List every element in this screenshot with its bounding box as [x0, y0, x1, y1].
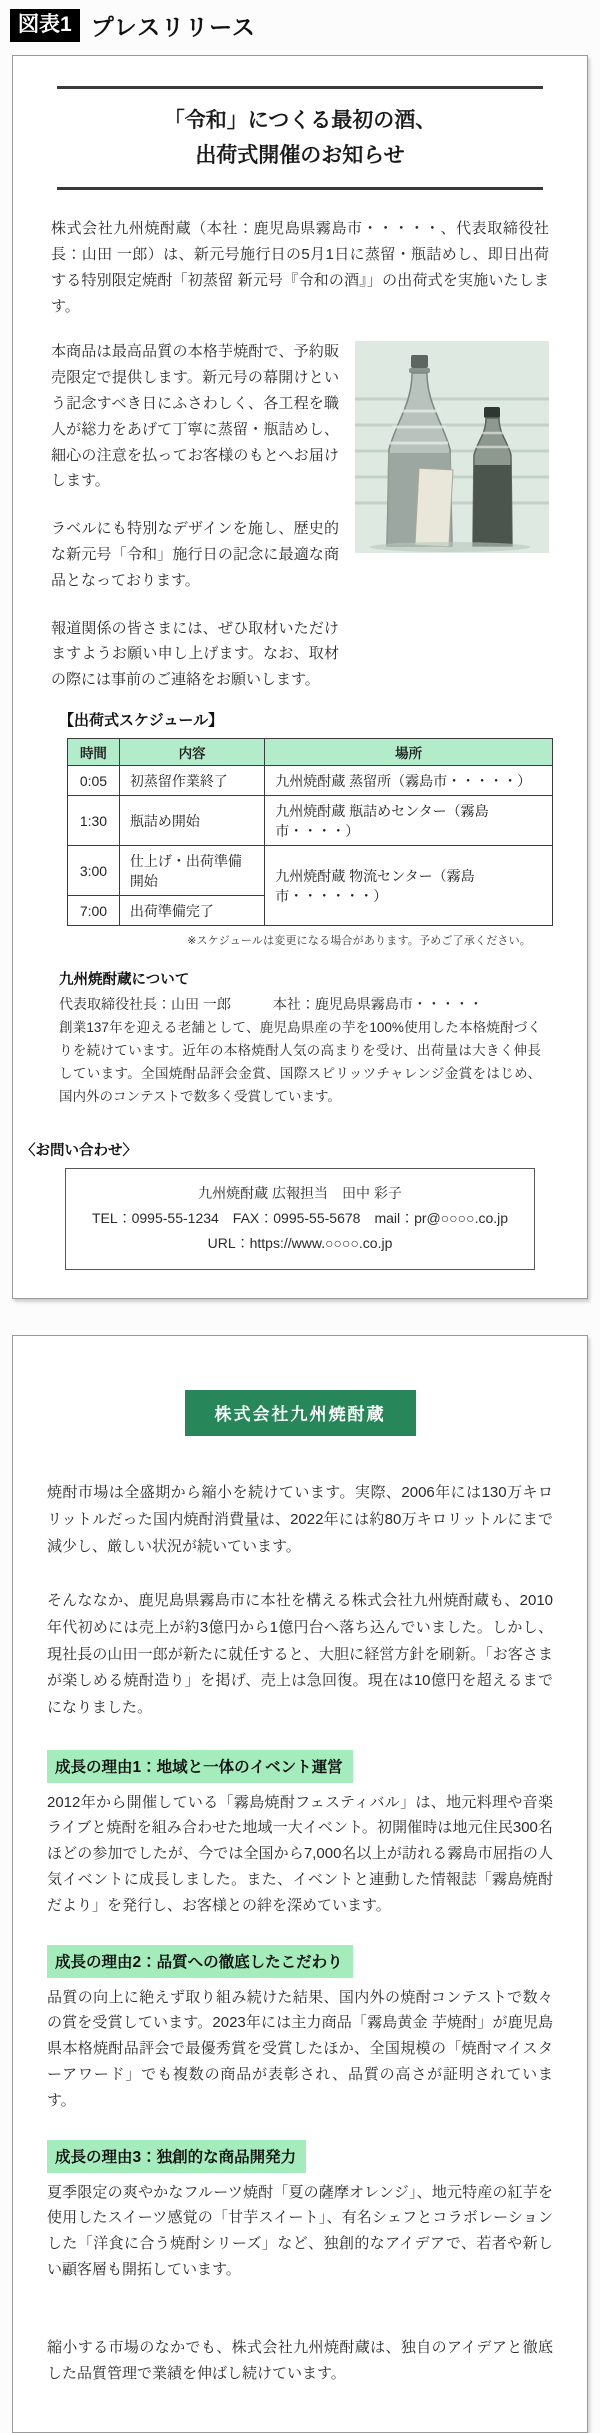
about-company-line1: 代表取締役社長：山田 一郎 本社：鹿児島県霧島市・・・・・: [59, 993, 541, 1017]
press-release-title-line2: 出荷式開催のお知らせ: [57, 139, 543, 174]
paragraph-product: 本商品は最高品質の本格芋焼酎で、予約販売限定で提供します。新元号の幕開けという記…: [51, 339, 339, 494]
about-company-body: 創業137年を迎える老舗として、鹿児島県産の芋を100%使用した本格焼酎づくりを…: [59, 1017, 541, 1109]
schedule-desc: 出荷準備完了: [119, 896, 264, 926]
contact-heading: 〈お問い合わせ〉: [21, 1139, 553, 1160]
company-profile-panel: 株式会社九州焼酎蔵 焼酎市場は全盛期から縮小を続けています。実際、2006年には…: [12, 1335, 588, 2433]
contact-tel-fax-mail: TEL：0995-55-1234 FAX：0995-55-5678 mail：p…: [76, 1206, 524, 1231]
paragraph-label-design: ラベルにも特別なデザインを施し、歴史的な新元号「令和」施行日の記念に最適な商品と…: [51, 516, 339, 593]
growth-reason-2-body: 品質の向上に絶えず取り組み続けた結果、国内外の焼酎コンテストで数々の賞を受賞して…: [47, 1985, 553, 2114]
press-release-title-line1: 「令和」につくる最初の酒、: [57, 104, 543, 139]
schedule-col-time: 時間: [68, 739, 120, 766]
schedule-time: 3:00: [68, 846, 120, 896]
schedule-header-row: 時間 内容 場所: [68, 739, 553, 766]
figure-number-badge: 図表1: [10, 9, 80, 42]
press-release-body-text-column: 本商品は最高品質の本格芋焼酎で、予約販売限定で提供します。新元号の幕開けという記…: [51, 339, 339, 693]
table-row: 3:00 仕上げ・出荷準備開始 九州焼酎蔵 物流センター（霧島市・・・・・・）: [68, 846, 553, 896]
figure-title: プレスリリース: [91, 9, 256, 42]
figure-header: 図表1 プレスリリース: [0, 0, 600, 55]
about-company-heading: 九州焼酎蔵について: [59, 968, 541, 989]
schedule-col-place: 場所: [265, 739, 553, 766]
contact-box: 九州焼酎蔵 広報担当 田中 彩子 TEL：0995-55-1234 FAX：09…: [65, 1168, 535, 1271]
paragraph-company-history: そんななか、鹿児島県霧島市に本社を構える株式会社九州焼酎蔵も、2010年代初めに…: [47, 1588, 553, 1721]
schedule-place: 九州焼酎蔵 蒸留所（霧島市・・・・・）: [265, 766, 553, 796]
growth-reason-1-body: 2012年から開催している「霧島焼酎フェスティバル」は、地元料理や音楽ライブと焼…: [47, 1790, 553, 1919]
about-company-section: 九州焼酎蔵について 代表取締役社長：山田 一郎 本社：鹿児島県霧島市・・・・・ …: [59, 968, 541, 1109]
schedule-desc: 仕上げ・出荷準備開始: [119, 846, 264, 896]
contact-person: 九州焼酎蔵 広報担当 田中 彩子: [76, 1181, 524, 1206]
table-row: 1:30 瓶詰め開始 九州焼酎蔵 瓶詰めセンター（霧島市・・・・）: [68, 796, 553, 846]
company-name-banner: 株式会社九州焼酎蔵: [185, 1390, 416, 1436]
press-release-lead-paragraph: 株式会社九州焼酎蔵（本社：鹿児島県霧島市・・・・・、代表取締役社長：山田 一郎）…: [51, 216, 549, 319]
schedule-place: 九州焼酎蔵 瓶詰めセンター（霧島市・・・・）: [265, 796, 553, 846]
paragraph-media-request: 報道関係の皆さまには、ぜひ取材いただけますようお願い申し上げます。なお、取材の際…: [51, 616, 339, 693]
press-release-body: 本商品は最高品質の本格芋焼酎で、予約販売限定で提供します。新元号の幕開けという記…: [51, 339, 549, 693]
schedule-time: 0:05: [68, 766, 120, 796]
table-row: 0:05 初蒸留作業終了 九州焼酎蔵 蒸留所（霧島市・・・・・）: [68, 766, 553, 796]
growth-reason-2: 成長の理由2：品質への徹底したこだわり 品質の向上に絶えず取り組み続けた結果、国…: [47, 1945, 553, 2114]
growth-reason-2-heading: 成長の理由2：品質への徹底したこだわり: [47, 1945, 353, 1978]
growth-reason-3-heading: 成長の理由3：独創的な商品開発力: [47, 2140, 306, 2173]
schedule-time: 7:00: [68, 896, 120, 926]
press-release-panel: 「令和」につくる最初の酒、 出荷式開催のお知らせ 株式会社九州焼酎蔵（本社：鹿児…: [12, 55, 588, 1299]
schedule-note: ※スケジュールは変更になる場合があります。予めご了承ください。: [47, 932, 531, 948]
schedule-time: 1:30: [68, 796, 120, 846]
schedule-col-desc: 内容: [119, 739, 264, 766]
contact-url: URL：https://www.○○○○.co.jp: [76, 1231, 524, 1256]
growth-reason-3: 成長の理由3：独創的な商品開発力 夏季限定の爽やかなフルーツ焼酎「夏の薩摩オレン…: [47, 2140, 553, 2283]
schedule-heading: 【出荷式スケジュール】: [59, 709, 553, 730]
growth-reason-3-body: 夏季限定の爽やかなフルーツ焼酎「夏の薩摩オレンジ」、地元特産の紅芋を使用したスイ…: [47, 2180, 553, 2283]
closing-paragraph: 縮小する市場のなかでも、株式会社九州焼酎蔵は、独自のアイデアと徹底した品質管理で…: [47, 2335, 553, 2388]
growth-reason-1: 成長の理由1：地域と一体のイベント運営 2012年から開催している「霧島焼酎フェ…: [47, 1750, 553, 1919]
growth-reason-1-heading: 成長の理由1：地域と一体のイベント運営: [47, 1750, 353, 1783]
schedule-desc: 初蒸留作業終了: [119, 766, 264, 796]
schedule-place-merged: 九州焼酎蔵 物流センター（霧島市・・・・・・）: [265, 846, 553, 926]
schedule-desc: 瓶詰め開始: [119, 796, 264, 846]
schedule-table: 時間 内容 場所 0:05 初蒸留作業終了 九州焼酎蔵 蒸留所（霧島市・・・・・…: [67, 738, 553, 926]
press-release-title-block: 「令和」につくる最初の酒、 出荷式開催のお知らせ: [57, 86, 543, 190]
paragraph-market: 焼酎市場は全盛期から縮小を続けています。実際、2006年には130万キロリットル…: [47, 1480, 553, 1560]
product-bottles-image: [355, 341, 549, 553]
